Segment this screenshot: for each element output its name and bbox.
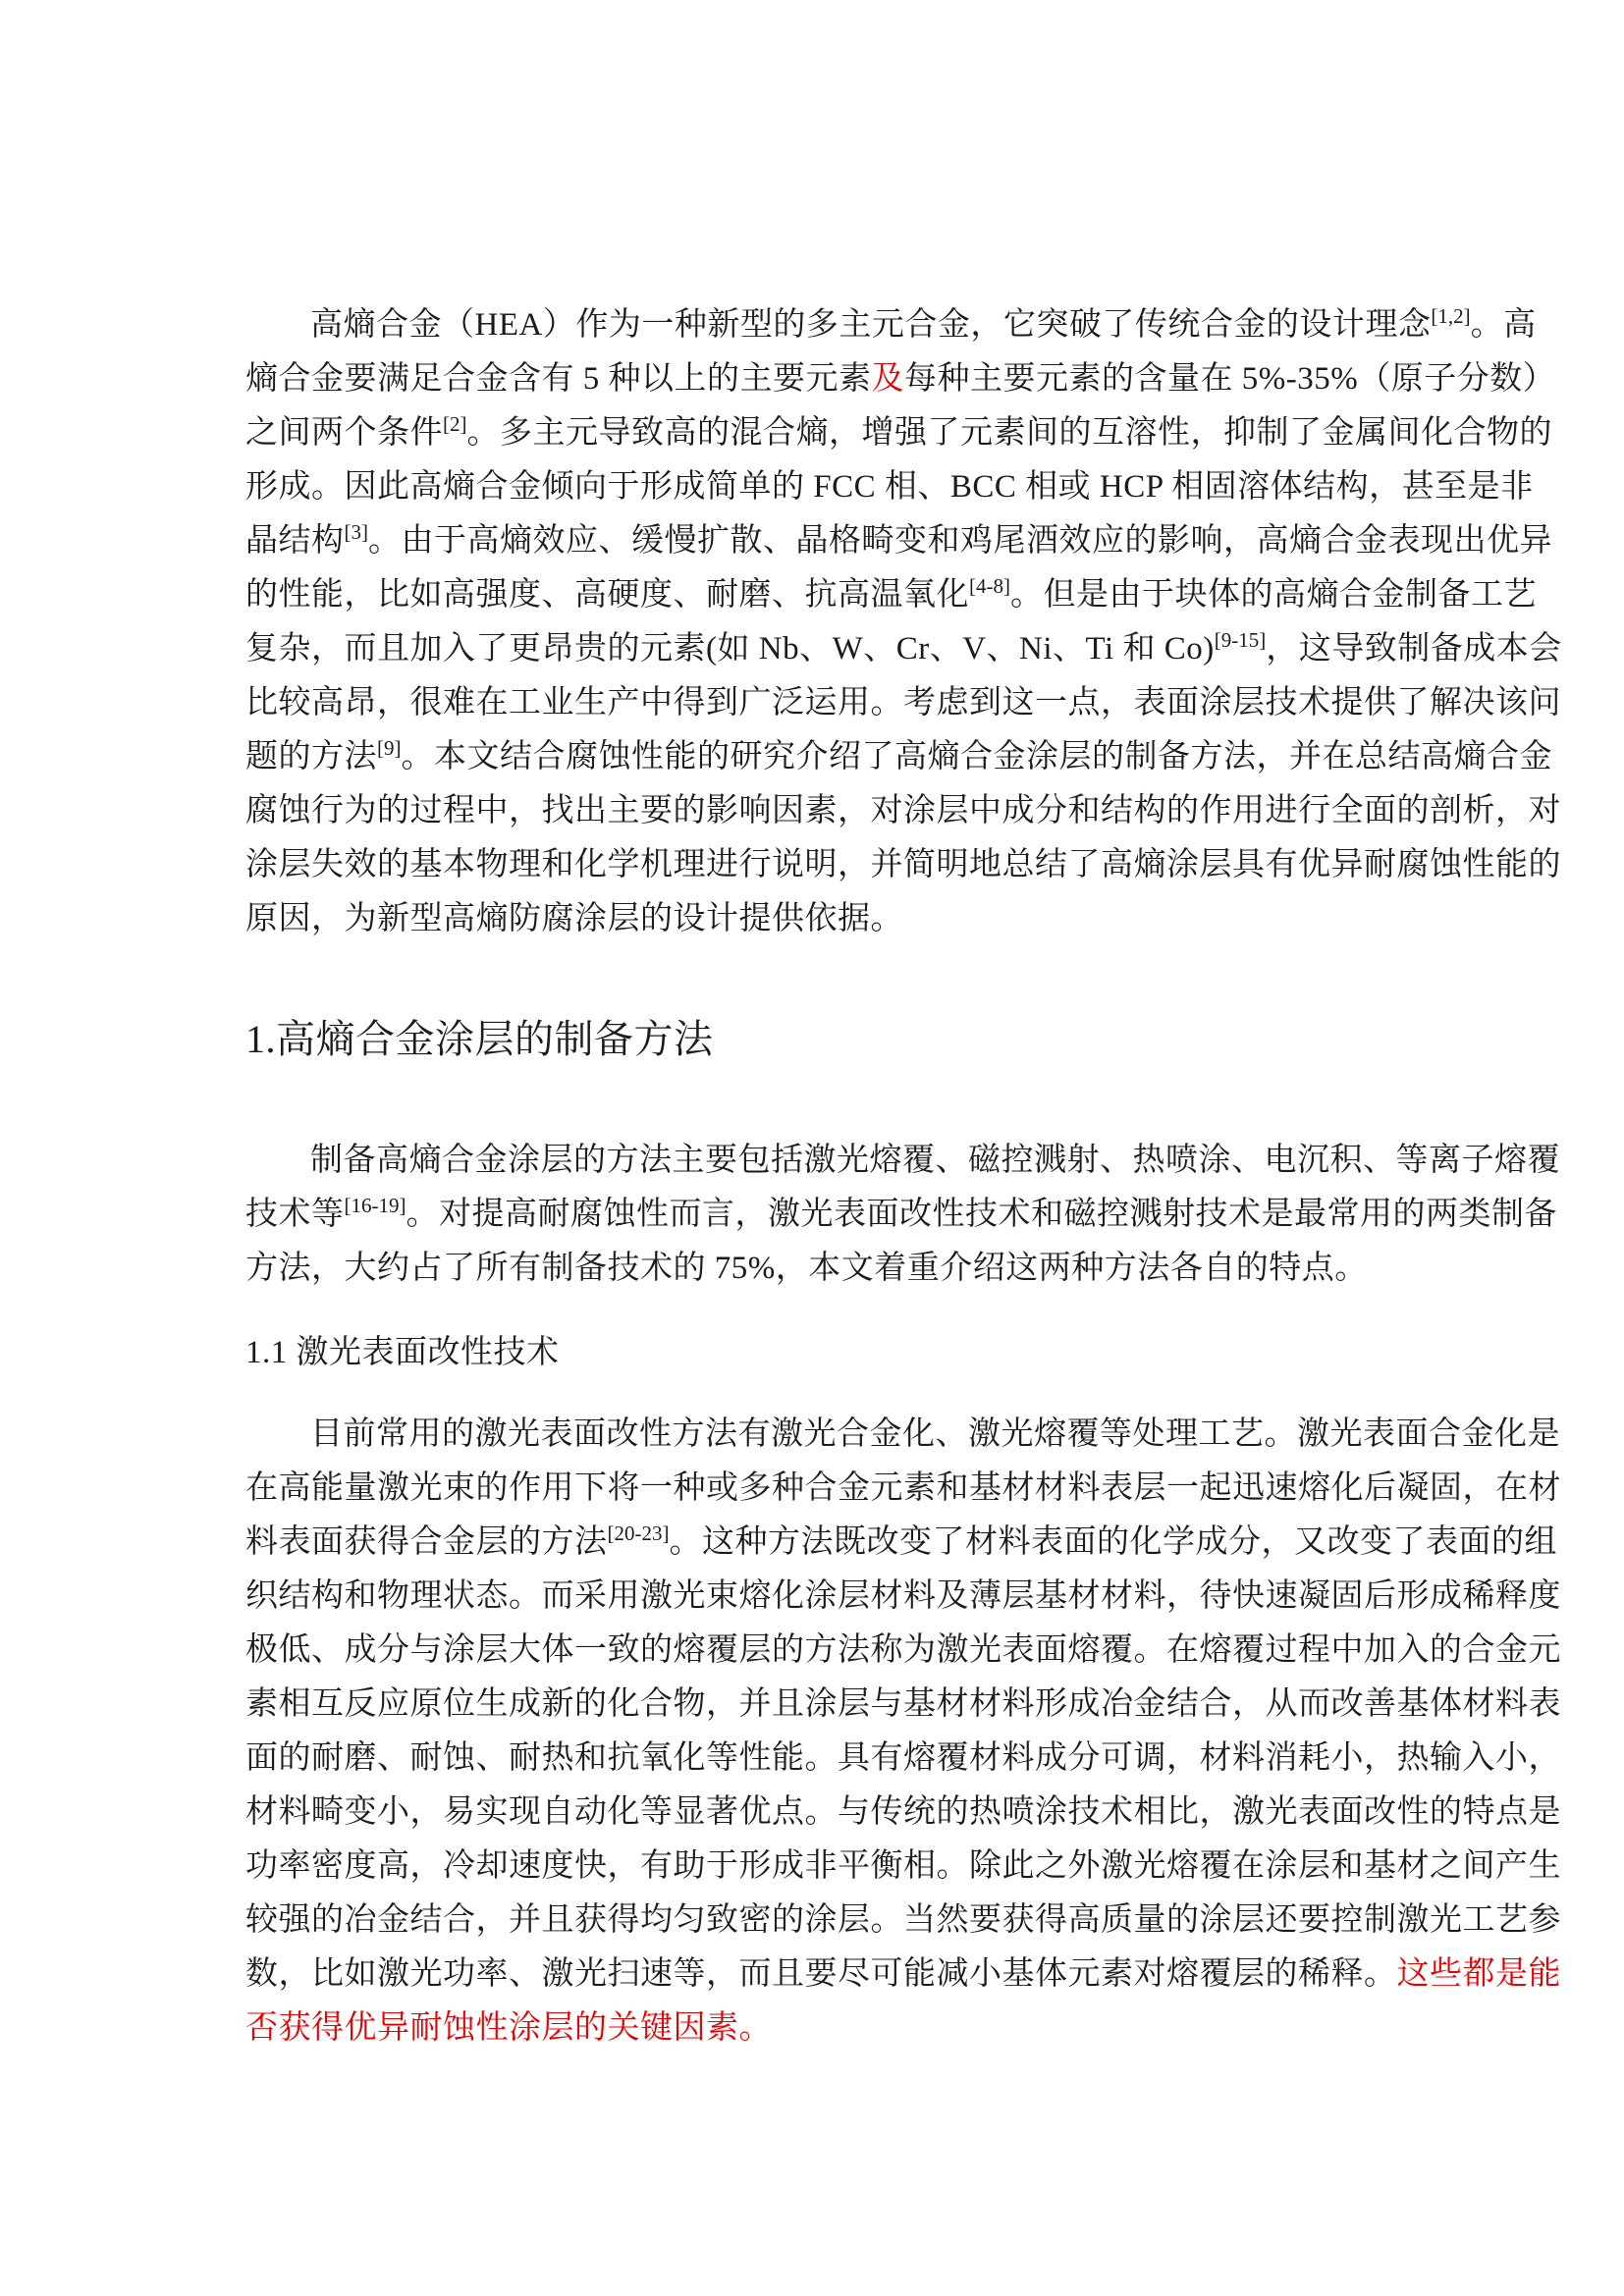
body-text: 方法，大约占了所有制备技术的 75%，本文着重介绍这两种方法各自的特点。 bbox=[245, 1251, 1368, 1286]
section-1-intro-paragraph: 制备高熵合金涂层的方法主要包括激光熔覆、磁控溅射、热喷涂、电沉积、等离子熔覆技术… bbox=[245, 1134, 1379, 1296]
body-text: 题的方法 bbox=[245, 739, 377, 774]
body-text: 涂层失效的基本物理和化学机理进行说明，并简明地总结了高熵涂层具有优异耐腐蚀性能的 bbox=[245, 847, 1561, 882]
body-text: 技术等 bbox=[245, 1197, 345, 1232]
body-text: 材料畸变小，易实现自动化等显著优点。与传统的热喷涂技术相比，激光表面改性的特点是 bbox=[245, 1794, 1561, 1830]
citation-superscript: [9-15] bbox=[1215, 628, 1266, 652]
text-line: 制备高熵合金涂层的方法主要包括激光熔覆、磁控溅射、热喷涂、电沉积、等离子熔覆 bbox=[245, 1134, 1379, 1188]
text-line: 方法，大约占了所有制备技术的 75%，本文着重介绍这两种方法各自的特点。 bbox=[245, 1242, 1379, 1296]
text-line: 题的方法[9]。本文结合腐蚀性能的研究介绍了高熵合金涂层的制备方法，并在总结高熵… bbox=[245, 730, 1379, 784]
text-line: 涂层失效的基本物理和化学机理进行说明，并简明地总结了高熵涂层具有优异耐腐蚀性能的 bbox=[245, 838, 1379, 892]
section-1-heading: 1.高熵合金涂层的制备方法 bbox=[245, 1007, 1379, 1072]
body-text: 。但是由于块体的高熵合金制备工艺 bbox=[1010, 577, 1537, 613]
red-highlight-text: 及 bbox=[872, 361, 905, 397]
body-text: 在高能量激光束的作用下将一种或多种合金元素和基材材料表层一起迅速熔化后凝固，在材 bbox=[245, 1470, 1561, 1506]
text-line: 晶结构[3]。由于高熵效应、缓慢扩散、晶格畸变和鸡尾酒效应的影响，高熵合金表现出… bbox=[245, 514, 1379, 568]
intro-paragraph: 高熵合金（HEA）作为一种新型的多主元合金，它突破了传统合金的设计理念[1,2]… bbox=[245, 298, 1379, 946]
body-text: 。由于高熵效应、缓慢扩散、晶格畸变和鸡尾酒效应的影响，高熵合金表现出优异 bbox=[368, 523, 1552, 559]
body-text: 复杂，而且加入了更昂贵的元素(如 Nb、W、Cr、V、Ni、Ti 和 Co) bbox=[245, 631, 1215, 667]
body-text: 。对提高耐腐蚀性而言，激光表面改性技术和磁控溅射技术是最常用的两类制备 bbox=[406, 1197, 1557, 1232]
section-1-1-heading: 1.1 激光表面改性技术 bbox=[245, 1326, 1379, 1380]
text-line: 目前常用的激光表面改性方法有激光合金化、激光熔覆等处理工艺。激光表面合金化是 bbox=[245, 1408, 1379, 1462]
body-text: 料表面获得合金层的方法 bbox=[245, 1524, 608, 1560]
text-line: 腐蚀行为的过程中，找出主要的影响因素，对涂层中成分和结构的作用进行全面的剖析，对 bbox=[245, 784, 1379, 838]
body-text: 极低、成分与涂层大体一致的熔覆层的方法称为激光表面熔覆。在熔覆过程中加入的合金元 bbox=[245, 1632, 1561, 1668]
body-text: 形成。因此高熵合金倾向于形成简单的 FCC 相、BCC 相或 HCP 相固溶体结… bbox=[245, 469, 1534, 505]
body-text: 1.高熵合金涂层的制备方法 bbox=[245, 1017, 714, 1061]
citation-superscript: [20-23] bbox=[608, 1522, 670, 1545]
body-text: 面的耐磨、耐蚀、耐热和抗氧化等性能。具有熔覆材料成分可调，材料消耗小，热输入小， bbox=[245, 1740, 1561, 1776]
body-text: 原因，为新型高熵防腐涂层的设计提供依据。 bbox=[245, 901, 903, 936]
body-text: 织结构和物理状态。而采用激光束熔化涂层材料及薄层基材材料，待快速凝固后形成稀释度 bbox=[245, 1578, 1561, 1614]
body-text: 。本文结合腐蚀性能的研究介绍了高熵合金涂层的制备方法，并在总结高熵合金 bbox=[402, 739, 1553, 774]
body-text: 的性能，比如高强度、高硬度、耐磨、抗高温氧化 bbox=[245, 577, 969, 613]
body-text: 功率密度高，冷却速度快，有助于形成非平衡相。除此之外激光熔覆在涂层和基材之间产生 bbox=[245, 1848, 1561, 1884]
text-line: 否获得优异耐蚀性涂层的关键因素。 bbox=[245, 2002, 1379, 2056]
body-text: 素相互反应原位生成新的化合物，并且涂层与基材材料形成冶金结合，从而改善基体材料表 bbox=[245, 1686, 1561, 1722]
body-text: 腐蚀行为的过程中，找出主要的影响因素，对涂层中成分和结构的作用进行全面的剖析，对 bbox=[245, 793, 1561, 828]
text-line: 数，比如激光功率、激光扫速等，而且要尽可能减小基体元素对熔覆层的稀释。这些都是能 bbox=[245, 1948, 1379, 2002]
citation-superscript: [1,2] bbox=[1431, 304, 1470, 328]
text-line: 材料畸变小，易实现自动化等显著优点。与传统的热喷涂技术相比，激光表面改性的特点是 bbox=[245, 1786, 1379, 1840]
body-text: 高熵合金（HEA）作为一种新型的多主元合金，它突破了传统合金的设计理念 bbox=[310, 307, 1431, 343]
body-text: 熵合金要满足合金含有 5 种以上的主要元素 bbox=[245, 361, 872, 397]
text-line: 比较高昂，很难在工业生产中得到广泛运用。考虑到这一点，表面涂层技术提供了解决该问 bbox=[245, 676, 1379, 730]
text-line: 1.高熵合金涂层的制备方法 bbox=[245, 1007, 1379, 1072]
text-line: 的性能，比如高强度、高硬度、耐磨、抗高温氧化[4-8]。但是由于块体的高熵合金制… bbox=[245, 568, 1379, 622]
body-text: 目前常用的激光表面改性方法有激光合金化、激光熔覆等处理工艺。激光表面合金化是 bbox=[310, 1416, 1560, 1452]
text-line: 功率密度高，冷却速度快，有助于形成非平衡相。除此之外激光熔覆在涂层和基材之间产生 bbox=[245, 1840, 1379, 1894]
text-line: 1.1 激光表面改性技术 bbox=[245, 1326, 1379, 1380]
text-line: 原因，为新型高熵防腐涂层的设计提供依据。 bbox=[245, 892, 1379, 946]
laser-surface-modification-paragraph: 目前常用的激光表面改性方法有激光合金化、激光熔覆等处理工艺。激光表面合金化是在高… bbox=[245, 1408, 1379, 2056]
text-line: 在高能量激光束的作用下将一种或多种合金元素和基材材料表层一起迅速熔化后凝固，在材 bbox=[245, 1462, 1379, 1516]
text-line: 极低、成分与涂层大体一致的熔覆层的方法称为激光表面熔覆。在熔覆过程中加入的合金元 bbox=[245, 1624, 1379, 1678]
body-text: 制备高熵合金涂层的方法主要包括激光熔覆、磁控溅射、热喷涂、电沉积、等离子熔覆 bbox=[310, 1143, 1560, 1178]
document-page: 高熵合金（HEA）作为一种新型的多主元合金，它突破了传统合金的设计理念[1,2]… bbox=[0, 0, 1624, 2296]
body-text: 。这种方法既改变了材料表面的化学成分，又改变了表面的组 bbox=[669, 1524, 1557, 1560]
text-line: 高熵合金（HEA）作为一种新型的多主元合金，它突破了传统合金的设计理念[1,2]… bbox=[245, 298, 1379, 352]
citation-superscript: [2] bbox=[443, 412, 467, 436]
text-line: 技术等[16-19]。对提高耐腐蚀性而言，激光表面改性技术和磁控溅射技术是最常用… bbox=[245, 1188, 1379, 1242]
red-highlight-text: 否获得优异耐蚀性涂层的关键因素。 bbox=[245, 2010, 772, 2046]
body-text: 数，比如激光功率、激光扫速等，而且要尽可能减小基体元素对熔覆层的稀释。 bbox=[245, 1956, 1397, 1992]
text-line: 较强的冶金结合，并且获得均匀致密的涂层。当然要获得高质量的涂层还要控制激光工艺参 bbox=[245, 1894, 1379, 1948]
text-line: 之间两个条件[2]。多主元导致高的混合熵，增强了元素间的互溶性，抑制了金属间化合… bbox=[245, 406, 1379, 460]
body-text: 比较高昂，很难在工业生产中得到广泛运用。考虑到这一点，表面涂层技术提供了解决该问 bbox=[245, 685, 1561, 721]
citation-superscript: [9] bbox=[377, 736, 402, 760]
body-text: 之间两个条件 bbox=[245, 415, 443, 451]
text-line: 熵合金要满足合金含有 5 种以上的主要元素及每种主要元素的含量在 5%-35%（… bbox=[245, 352, 1379, 406]
text-line: 形成。因此高熵合金倾向于形成简单的 FCC 相、BCC 相或 HCP 相固溶体结… bbox=[245, 460, 1379, 514]
citation-superscript: [4-8] bbox=[969, 574, 1010, 598]
text-line: 素相互反应原位生成新的化合物，并且涂层与基材材料形成冶金结合，从而改善基体材料表 bbox=[245, 1678, 1379, 1732]
text-line: 织结构和物理状态。而采用激光束熔化涂层材料及薄层基材材料，待快速凝固后形成稀释度 bbox=[245, 1570, 1379, 1624]
citation-superscript: [16-19] bbox=[345, 1194, 406, 1217]
body-text: 1.1 激光表面改性技术 bbox=[245, 1335, 560, 1370]
body-text: 。高 bbox=[1471, 307, 1537, 343]
body-text: 。多主元导致高的混合熵，增强了元素间的互溶性，抑制了金属间化合物的 bbox=[467, 415, 1553, 451]
body-text: 每种主要元素的含量在 5%-35%（原子分数） bbox=[904, 361, 1555, 397]
body-text: ，这导致制备成本会 bbox=[1266, 631, 1562, 667]
document-content: 高熵合金（HEA）作为一种新型的多主元合金，它突破了传统合金的设计理念[1,2]… bbox=[245, 298, 1379, 2056]
text-line: 面的耐磨、耐蚀、耐热和抗氧化等性能。具有熔覆材料成分可调，材料消耗小，热输入小， bbox=[245, 1732, 1379, 1786]
body-text: 晶结构 bbox=[245, 523, 345, 559]
citation-superscript: [3] bbox=[345, 520, 369, 544]
red-highlight-text: 这些都是能 bbox=[1397, 1956, 1562, 1992]
text-line: 复杂，而且加入了更昂贵的元素(如 Nb、W、Cr、V、Ni、Ti 和 Co)[9… bbox=[245, 622, 1379, 676]
body-text: 较强的冶金结合，并且获得均匀致密的涂层。当然要获得高质量的涂层还要控制激光工艺参 bbox=[245, 1902, 1561, 1938]
text-line: 料表面获得合金层的方法[20-23]。这种方法既改变了材料表面的化学成分，又改变… bbox=[245, 1516, 1379, 1570]
